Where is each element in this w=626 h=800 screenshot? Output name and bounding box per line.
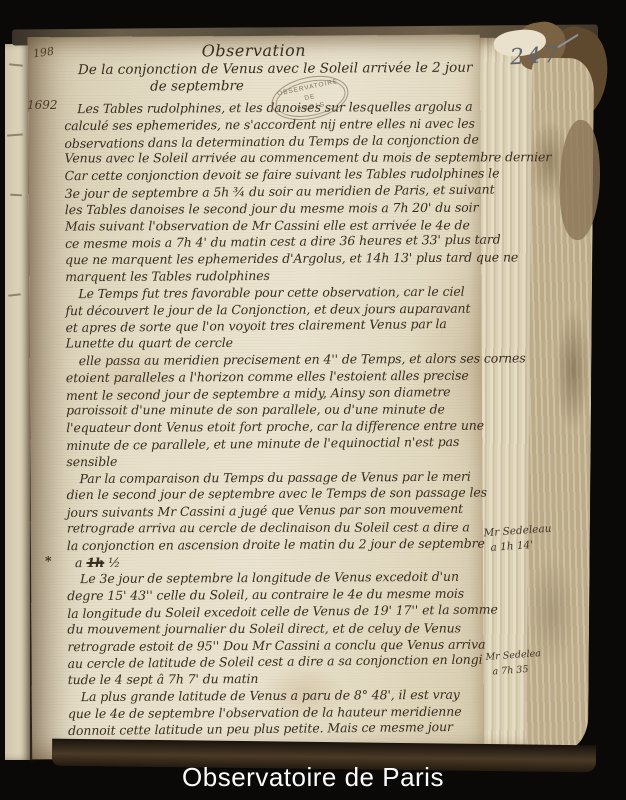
crossed-suffix: ½ [104, 554, 120, 569]
facing-page-ink-mark [10, 194, 22, 197]
manuscript-body: Les Tables rudolphines, et les danoises … [64, 99, 474, 740]
manuscript-line: du mouvement journalier du Soleil direct… [67, 620, 473, 638]
asterisk-mark: * [45, 553, 52, 570]
margin-note-sedeleau-2: Mr Sedelea a 7h 35 [485, 646, 542, 680]
manuscript-line: donnoit cette latitude un peu plus petit… [68, 719, 474, 740]
page-subtitle-line2: de septembre [150, 78, 244, 95]
paragraph-latitude: La plus grande latitude de Venus a paru … [68, 687, 474, 740]
crossed-value: 1h [86, 554, 104, 569]
manuscript-line: Le Temps fut tres favorable pour cette o… [65, 283, 471, 302]
page-title: Observation [28, 40, 480, 62]
paragraph-weather: Le Temps fut tres favorable pour cette o… [65, 283, 471, 353]
paragraph-comparison: Par la comparaison du Temps du passage d… [66, 468, 473, 554]
crossed-prefix: a [75, 555, 87, 570]
page-subtitle-line1: De la conjonction de Venus avec le Solei… [78, 60, 473, 78]
manuscript-line: les Tables danoises le second jour du me… [65, 199, 471, 218]
paragraph-longitude: Le 3e jour de septembre la longitude de … [67, 569, 474, 689]
paragraph-tables: Les Tables rudolphines, et les danoises … [64, 99, 471, 286]
year-marginal: 1692 [27, 98, 58, 112]
manuscript-line: paroissoit d'une minute de son parallele… [66, 402, 472, 420]
photo-frame: Observation De la conjonction de Venus a… [0, 0, 626, 800]
photo-caption: Observatoire de Paris [0, 762, 626, 793]
manuscript-line: elle passa au meridien precisement en 4'… [66, 351, 472, 370]
paragraph-meridian: elle passa au meridien precisement en 4'… [66, 351, 473, 471]
manuscript-line: Lunette du quart de cercle [66, 335, 472, 353]
manuscript-line: retrograde arriva au cercle de declinais… [67, 519, 473, 537]
margin-note-sedeleau-1: Mr Sedeleau a 1h 14' [483, 522, 553, 557]
facing-page-ink-mark [7, 133, 23, 136]
folio-number: 247 [509, 43, 561, 71]
facing-page-ink-mark [9, 63, 23, 66]
crossed-out-time: *a 1h ½ [67, 552, 473, 571]
manuscript-page: Observation De la conjonction de Venus a… [28, 35, 484, 760]
manuscript-line: que ne marquent les ephemerides d'Argolu… [65, 250, 471, 269]
manuscript-line: La plus grande latitude de Venus a paru … [68, 687, 474, 706]
manuscript-line: Venus avec le Soleil arrivée au commence… [65, 150, 471, 168]
facing-page-ink-mark [8, 293, 21, 296]
